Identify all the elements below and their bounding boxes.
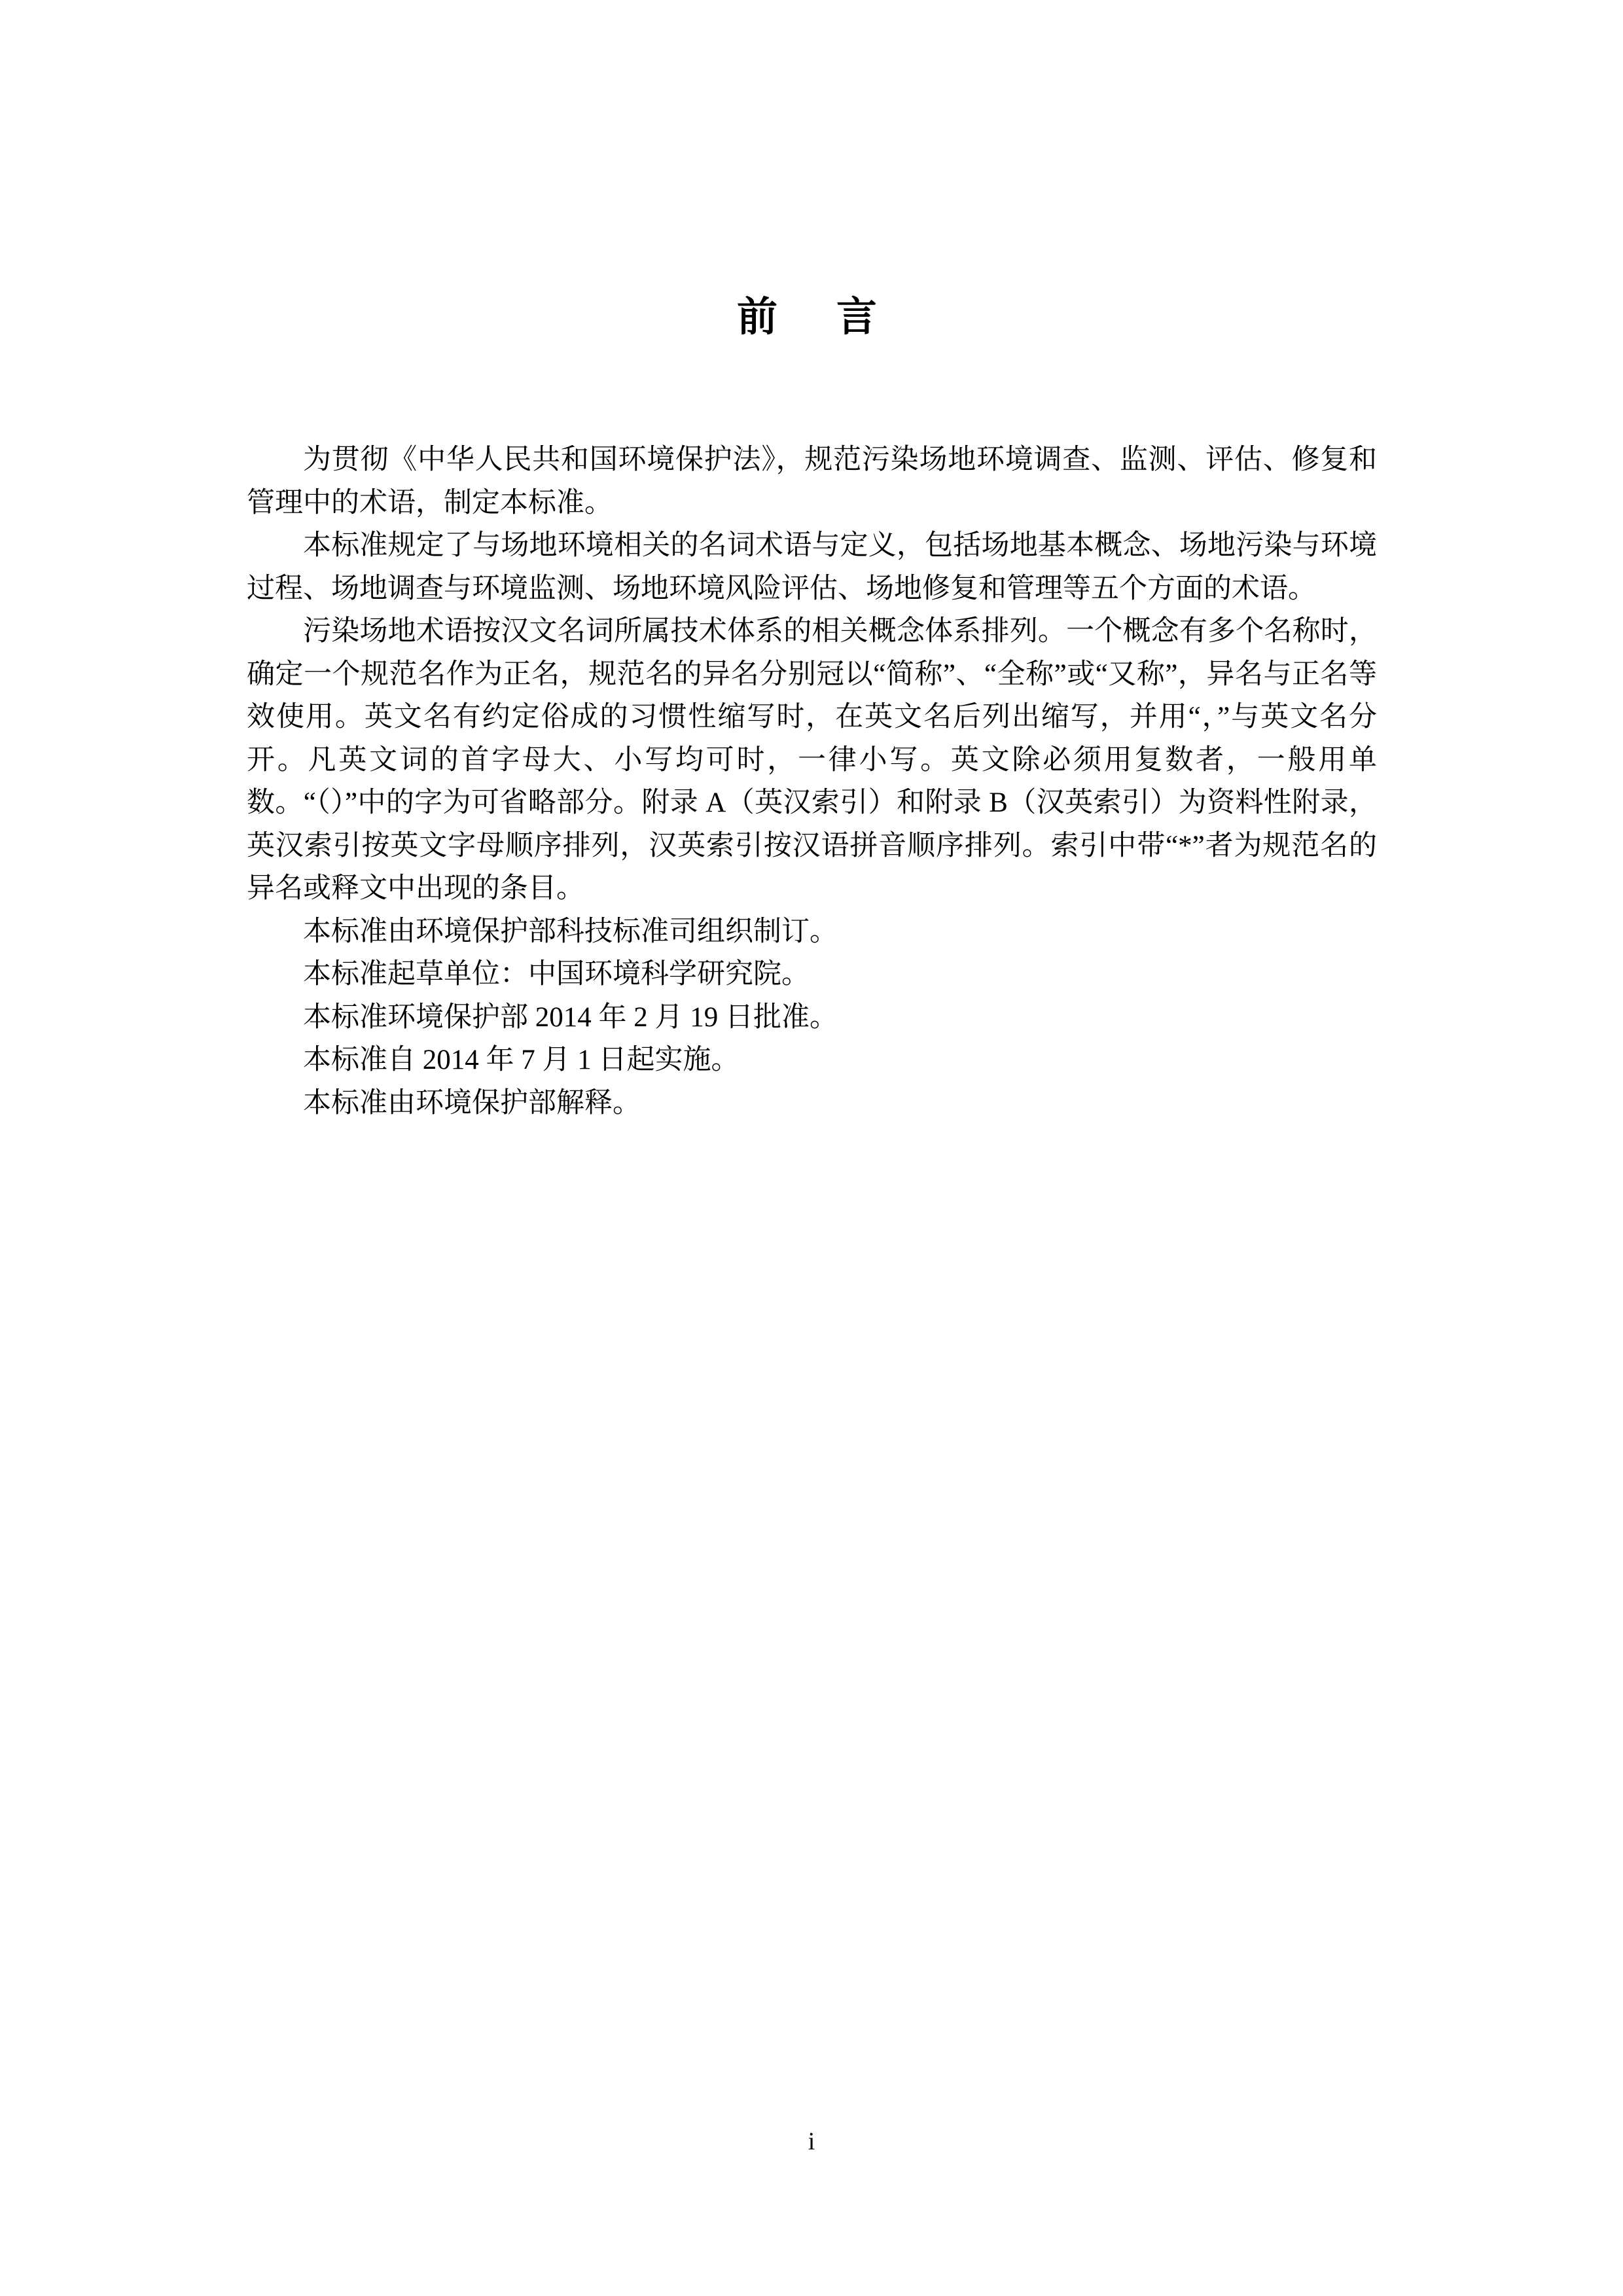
paragraph: 本标准由环境保护部科技标准司组织制订。 — [247, 910, 1377, 954]
paragraph: 本标准自 2014 年 7 月 1 日起实施。 — [247, 1039, 1377, 1082]
paragraph: 本标准规定了与场地环境相关的名词术语与定义，包括场地基本概念、场地污染与环境过程… — [247, 524, 1377, 610]
paragraph: 为贯彻《中华人民共和国环境保护法》，规范污染场地环境调查、监测、评估、修复和管理… — [247, 439, 1377, 524]
document-body: 为贯彻《中华人民共和国环境保护法》，规范污染场地环境调查、监测、评估、修复和管理… — [247, 439, 1377, 1124]
paragraph: 污染场地术语按汉文名词所属技术体系的相关概念体系排列。一个概念有多个名称时，确定… — [247, 610, 1377, 910]
paragraph: 本标准起草单位：中国环境科学研究院。 — [247, 953, 1377, 996]
page-title: 前 言 — [0, 296, 1623, 339]
document-page: 前 言 为贯彻《中华人民共和国环境保护法》，规范污染场地环境调查、监测、评估、修… — [0, 0, 1623, 2296]
page-number: i — [0, 2126, 1623, 2157]
paragraph: 本标准环境保护部 2014 年 2 月 19 日批准。 — [247, 996, 1377, 1039]
paragraph: 本标准由环境保护部解释。 — [247, 1082, 1377, 1125]
